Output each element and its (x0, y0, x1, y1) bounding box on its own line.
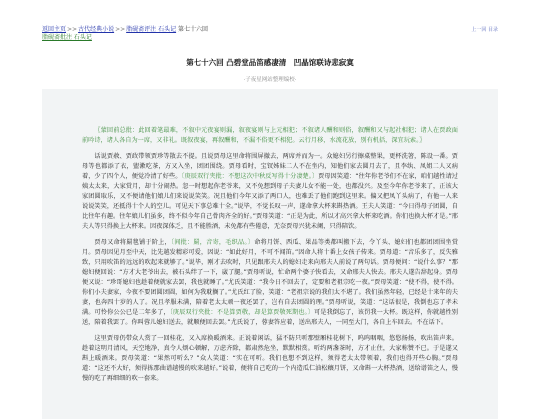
chapter-text: 〖蒙回前总批：此回着笔最难，不叙中元夜宴则漏，叙夜宴则与上元相犯；不叙诸人酬和则… (82, 126, 458, 390)
breadcrumb-home-link[interactable]: 返回主页 (42, 26, 66, 33)
book-index-link[interactable]: 脂砚斋批注 石头记 (42, 34, 92, 41)
paragraph-1: 话说贾赦、贾政带领贾珍等散去不提。且说贾母这里命将围屏撤去，两席并而为一。众媳妇… (82, 152, 458, 232)
paragraph-3: 这里贾母仍带众人赏了一回桂花，又入席换暖酒来。正说着闲话，猛不防只听那壁厢桂花树… (82, 334, 458, 384)
annotation: 〔庚辰双行夹批：不想这次中秋反写得十分凄楚。〕 (181, 173, 318, 180)
paragraph-text: 贾母因笑道：“往年你老爷们不在家，咱们越性请过姨太太来，大家赏月，却十分闹热。忽… (82, 173, 458, 230)
chapter-subtitle: ·子夜星网站整理编校· (0, 75, 540, 83)
paragraph-2: 贾母又命将罽毯铺于阶上，〔间批：罽，音寄，毛织品。〕命将月饼、西瓜、果品等类都叫… (82, 238, 458, 328)
chapter-nav-link[interactable]: 上一回 目录 (471, 26, 498, 34)
breadcrumb-current: 第七十六回 (178, 26, 208, 33)
paragraph-text: 贾母又命将罽毯铺于阶上， (94, 239, 171, 246)
breadcrumb: 返回主页>>古代经典小说>>脂砚斋评注 石头记 第七十六回 (42, 26, 498, 34)
book-link-row: 脂砚斋批注 石头记 (42, 34, 498, 42)
breadcrumb-separator: >> (115, 26, 125, 33)
breadcrumb-classics-link[interactable]: 古代经典小说 (78, 26, 114, 33)
content-panel: 〖蒙回前总批：此回着笔最难，不叙中元夜宴则漏，叙夜宴则与上元相犯；不叙诸人酬和则… (42, 89, 498, 405)
chapter-title: 第七十六回 凸碧堂品笛感凄清 凹晶馆联诗悲寂寞 (0, 57, 540, 68)
breadcrumb-book-link[interactable]: 脂砚斋评注 石头记 (126, 26, 176, 33)
paragraph-text: 命将月饼、西瓜、果品等类都叫搬下去，令丫头、媳妇们也都团团围坐赏月。贾母因见月至… (82, 239, 458, 316)
annotation: 〔庚辰双行夹批：不是算贾敬，却是算贾敬死期也。〕 (170, 309, 314, 316)
chapter-commentary: 〖蒙回前总批：此回着笔最难，不叙中元夜宴则漏，叙夜宴则与上元相犯；不叙诸人酬和则… (82, 126, 458, 146)
top-navigation: 返回主页>>古代经典小说>>脂砚斋评注 石头记 第七十六回 脂砚斋批注 石头记 … (42, 26, 498, 42)
breadcrumb-separator: >> (67, 26, 77, 33)
annotation: 〔间批：罽，音寄，毛织品。〕 (171, 239, 254, 246)
